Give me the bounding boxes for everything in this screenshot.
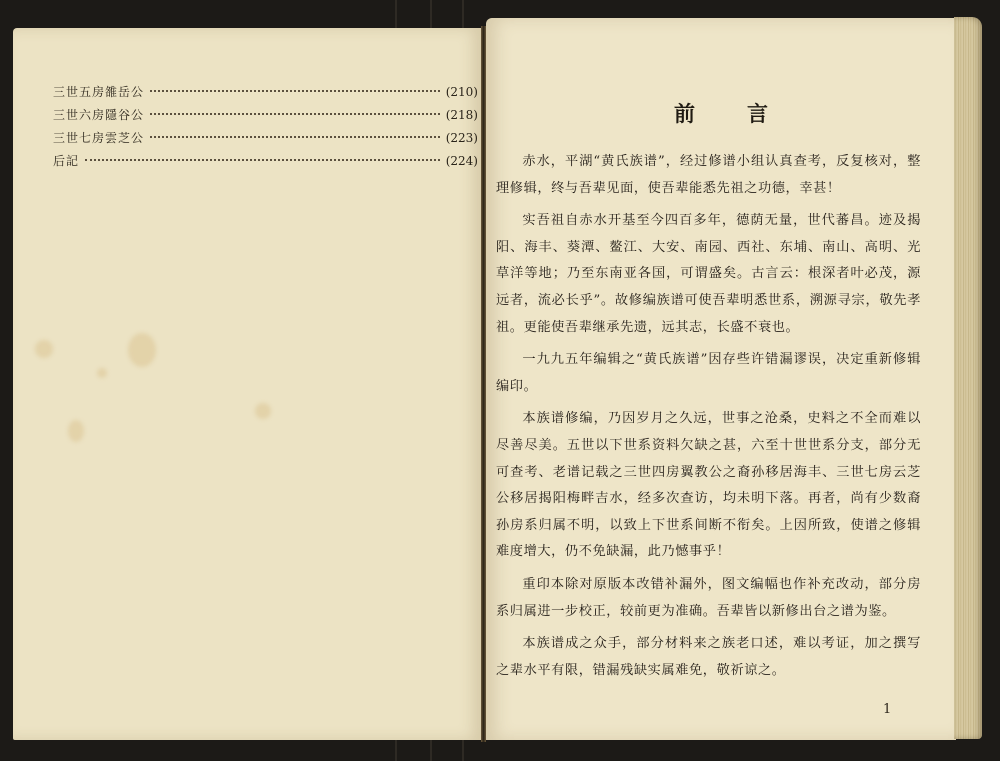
toc-leader-dots (85, 159, 440, 161)
paper-stain (255, 403, 271, 419)
right-page: 前言 赤水，平湖“黄氏族谱”，经过修谱小组认真查考，反复核对，整理修辑，终与吾辈… (486, 18, 956, 740)
paper-stain (68, 420, 84, 442)
toc-entry-page: (223) (446, 131, 478, 145)
toc-entry-title: 后記 (53, 152, 79, 169)
preface-body: 赤水，平湖“黄氏族谱”，经过修谱小组认真查考，反复核对，整理修辑，终与吾辈见面，… (496, 149, 921, 690)
toc-entry-page: (224) (446, 154, 478, 168)
paper-stain (97, 368, 107, 378)
book-page-edges (954, 17, 982, 739)
toc-entry-title: 三世七房雲芝公 (53, 129, 144, 146)
page-number: 1 (883, 702, 891, 717)
toc-entry-title: 三世六房隱谷公 (53, 106, 144, 123)
toc-row[interactable]: 后記 (224) (53, 152, 478, 175)
preface-paragraph: 实吾祖自赤水开基至今四百多年，德荫无量，世代蕃昌。迹及揭阳、海丰、葵潭、鳌江、大… (496, 208, 921, 341)
toc-row[interactable]: 三世七房雲芝公 (223) (53, 129, 478, 152)
preface-paragraph: 一九九五年编辑之“黄氏族谱”因存些许错漏谬误，决定重新修辑编印。 (496, 347, 921, 400)
toc-leader-dots (150, 136, 440, 138)
toc-entry-page: (218) (446, 108, 478, 122)
preface-paragraph: 赤水，平湖“黄氏族谱”，经过修谱小组认真查考，反复核对，整理修辑，终与吾辈见面，… (496, 149, 921, 202)
toc-row[interactable]: 三世六房隱谷公 (218) (53, 106, 478, 129)
toc-entry-page: (210) (446, 85, 478, 99)
paper-stain (35, 340, 53, 358)
paper-stain (128, 333, 156, 367)
toc-entry-title: 三世五房雒岳公 (53, 83, 144, 100)
preface-paragraph: 本族谱修编，乃因岁月之久远，世事之沧桑，史料之不全而难以尽善尽美。五世以下世系资… (496, 406, 921, 566)
toc-leader-dots (150, 90, 440, 92)
table-of-contents: 三世五房雒岳公 (210) 三世六房隱谷公 (218) 三世七房雲芝公 (223… (53, 83, 478, 175)
left-page: 三世五房雒岳公 (210) 三世六房隱谷公 (218) 三世七房雲芝公 (223… (13, 28, 481, 740)
toc-leader-dots (150, 113, 440, 115)
preface-paragraph: 本族谱成之众手，部分材料来之族老口述，难以考证，加之撰写之辈水平有限，错漏残缺实… (496, 631, 921, 684)
toc-row[interactable]: 三世五房雒岳公 (210) (53, 83, 478, 106)
preface-paragraph: 重印本除对原版本改错补漏外，图文编幅也作补充改动，部分房系归属进一步校正，较前更… (496, 572, 921, 625)
page-title: 前言 (486, 98, 956, 128)
